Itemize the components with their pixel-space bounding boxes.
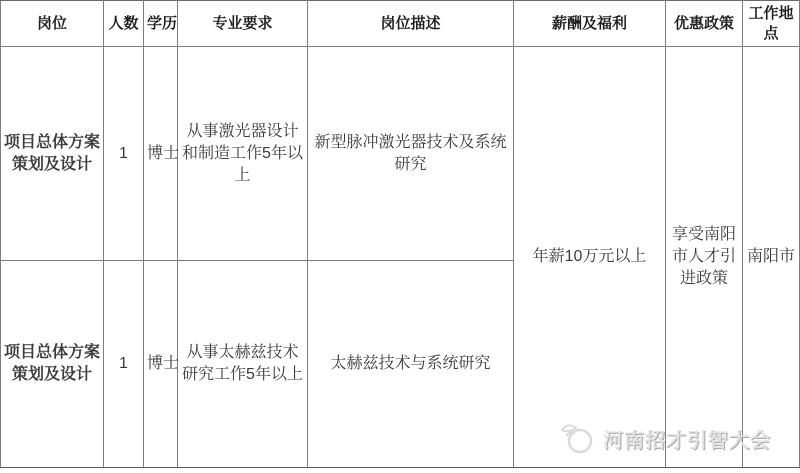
cell-education-2: 博士 [144,261,178,468]
table-row: 项目总体方案策划及设计 1 博士 从事激光器设计和制造工作5年以上 新型脉冲激光… [1,47,800,261]
header-requirements: 专业要求 [178,1,308,47]
header-count: 人数 [104,1,144,47]
cell-education-1: 博士 [144,47,178,261]
header-description: 岗位描述 [308,1,514,47]
header-location: 工作地点 [743,1,800,47]
cell-description-2: 太赫兹技术与系统研究 [308,261,514,468]
cell-position-1: 项目总体方案策划及设计 [1,47,104,261]
cell-salary-merged: 年薪10万元以上 [514,47,666,468]
cell-requirements-2: 从事太赫兹技术研究工作5年以上 [178,261,308,468]
cell-description-1: 新型脉冲激光器技术及系统研究 [308,47,514,261]
table-header-row: 岗位 人数 学历 专业要求 岗位描述 薪酬及福利 优惠政策 工作地点 [1,1,800,47]
header-position: 岗位 [1,1,104,47]
cell-position-2: 项目总体方案策划及设计 [1,261,104,468]
recruitment-table-page: 岗位 人数 学历 专业要求 岗位描述 薪酬及福利 优惠政策 工作地点 项目总体方… [0,0,800,473]
header-education: 学历 [144,1,178,47]
cell-location-merged: 南阳市 [743,47,800,468]
header-salary: 薪酬及福利 [514,1,666,47]
header-policy: 优惠政策 [666,1,743,47]
cell-requirements-1: 从事激光器设计和制造工作5年以上 [178,47,308,261]
cell-count-2: 1 [104,261,144,468]
cell-count-1: 1 [104,47,144,261]
job-postings-table: 岗位 人数 学历 专业要求 岗位描述 薪酬及福利 优惠政策 工作地点 项目总体方… [0,0,800,468]
cell-policy-merged: 享受南阳市人才引进政策 [666,47,743,468]
